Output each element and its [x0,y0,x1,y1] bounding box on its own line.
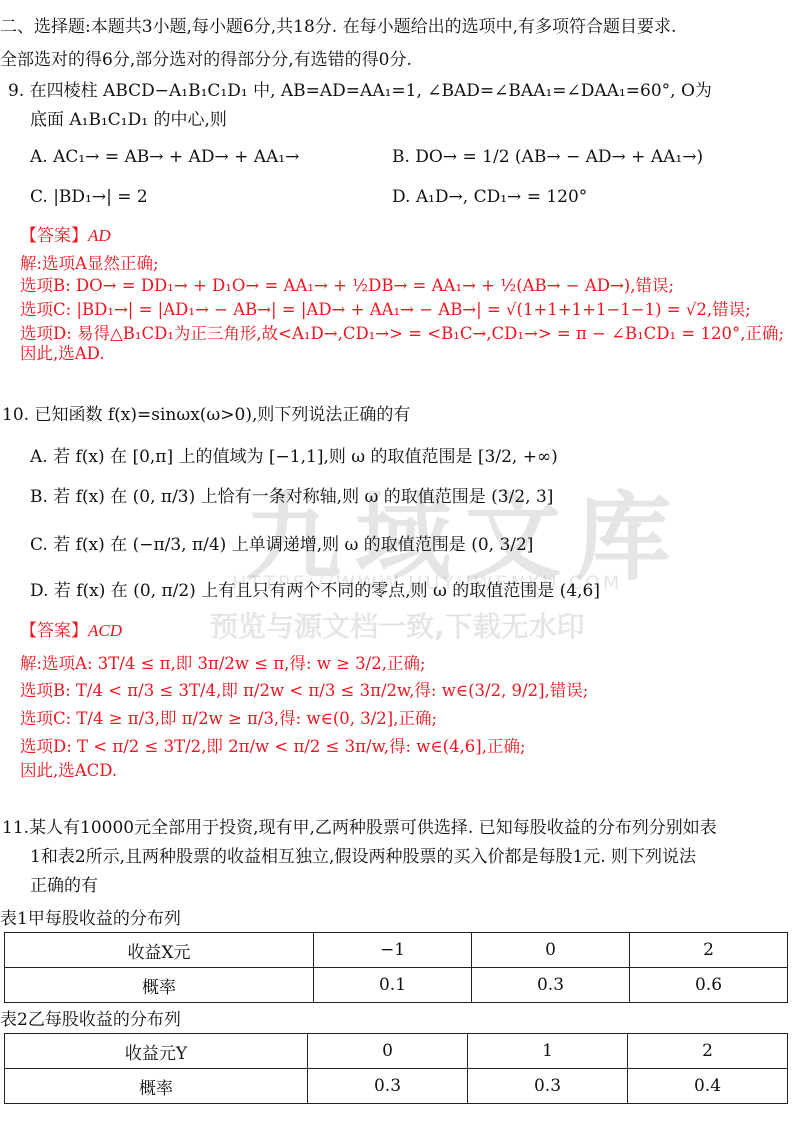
table2-caption: 表2乙每股收益的分布列 [0,1005,181,1030]
q9-solution-line4: 选项D: 易得△B₁CD₁为正三角形,故<A₁D→,CD₁→> = <B₁C→,… [20,324,784,343]
q11-number: 11. [2,818,29,838]
q10-solution-line5: 因此,选ACD. [20,761,117,780]
q9-answer: 【答案】AD [20,226,111,246]
table2-cell: 0.3 [468,1069,628,1104]
q11-stem-line3: 正确的有 [30,875,98,897]
q9-stem-text: 在四棱柱 ABCD−A₁B₁C₁D₁ 中, AB=AD=AA₁=1, ∠BAD=… [30,81,712,101]
q11-stem-text: 某人有10000元全部用于投资,现有甲,乙两种股票可供选择. 已知每股收益的分布… [29,818,717,838]
table2-cell: 2 [628,1034,788,1069]
table1-cell: 概率 [5,968,314,1003]
q10-number: 10. [2,405,29,425]
q10-option-b: B. 若 f(x) 在 (0, π/3) 上恰有一条对称轴,则 ω 的取值范围是… [30,486,553,508]
q10-solution-line3: 选项C: T/4 ≥ π/3,即 π/2w ≥ π/3,得: w∈(0, 3/2… [20,709,437,728]
table1-header-row: 收益X元 −1 0 2 [5,933,788,968]
table1-cell: 0.6 [630,968,788,1003]
table2-header-row: 收益元Y 0 1 2 [5,1034,788,1069]
q11-stem-line1: 11.某人有10000元全部用于投资,现有甲,乙两种股票可供选择. 已知每股收益… [2,817,717,839]
q9-number: 9. [8,81,24,101]
q9-solution-line1: 解:选项A显然正确; [20,254,159,273]
watermark-notice: 预览与源文档一致,下载无水印 [210,605,585,645]
table2-cell: 0.3 [308,1069,468,1104]
q10-answer: 【答案】ACD [20,621,122,641]
table1-cell: 收益X元 [5,933,314,968]
q11-stem-line2: 1和表2所示,且两种股票的收益相互独立,假设两种股票的买入价都是每股1元. 则下… [30,846,696,868]
q9-option-b: B. DO→ = 1/2 (AB→ − AD→ + AA₁→) [392,146,703,168]
table2-prob-row: 概率 0.3 0.3 0.4 [5,1069,788,1104]
table2-cell: 1 [468,1034,628,1069]
table1-cell: −1 [314,933,472,968]
q9-stem-line2: 底面 A₁B₁C₁D₁ 的中心,则 [30,109,227,131]
q10-answer-label: 【答案】 [20,621,88,641]
section-title-line2: 全部选对的得6分,部分选对的得部分分,有选错的得0分. [0,49,412,71]
q9-option-a: A. AC₁→ = AB→ + AD→ + AA₁→ [30,146,299,168]
table1-distribution: 收益X元 −1 0 2 概率 0.1 0.3 0.6 [4,932,788,1003]
section-title-line1: 二、选择题:本题共3小题,每小题6分,共18分. 在每小题给出的选项中,有多项符… [0,16,676,38]
q9-option-c: C. |BD₁→| = 2 [30,186,148,208]
table2-distribution: 收益元Y 0 1 2 概率 0.3 0.3 0.4 [4,1033,788,1104]
q10-stem: 10. 已知函数 f(x)=sinωx(ω>0),则下列说法正确的有 [2,404,410,426]
q10-option-d: D. 若 f(x) 在 (0, π/2) 上有且只有两个不同的零点,则 ω 的取… [30,580,600,602]
table1-cell: 0.3 [472,968,630,1003]
q9-solution-line2: 选项B: DO→ = DD₁→ + D₁O→ = AA₁→ + ½DB→ = A… [20,276,674,295]
q9-solution-line3: 选项C: |BD₁→| = |AD₁→ − AB→| = |AD→ + AA₁→… [20,300,751,319]
q9-answer-label: 【答案】 [20,226,88,246]
q10-solution-line4: 选项D: T < π/2 ≤ 3T/2,即 2π/w < π/2 ≤ 3π/w,… [20,737,526,756]
table1-caption: 表1甲每股收益的分布列 [0,904,181,929]
table1-prob-row: 概率 0.1 0.3 0.6 [5,968,788,1003]
q9-option-d: D. A₁D→, CD₁→ = 120° [392,186,587,208]
table1-cell: 0.1 [314,968,472,1003]
q9-stem-line1: 9. 在四棱柱 ABCD−A₁B₁C₁D₁ 中, AB=AD=AA₁=1, ∠B… [8,80,712,102]
table1-cell: 0 [472,933,630,968]
table1-cell: 2 [630,933,788,968]
q10-option-c: C. 若 f(x) 在 (−π/3, π/4) 上单调递增,则 ω 的取值范围是… [30,534,533,556]
q10-stem-text: 已知函数 f(x)=sinωx(ω>0),则下列说法正确的有 [34,405,410,425]
q9-answer-value: AD [88,226,111,245]
table2-cell: 收益元Y [5,1034,308,1069]
q10-solution-line1: 解:选项A: 3T/4 ≤ π,即 3π/2w ≤ π,得: w ≥ 3/2,正… [20,654,426,673]
table2-cell: 0.4 [628,1069,788,1104]
q10-answer-value: ACD [88,621,122,640]
q10-solution-line2: 选项B: T/4 < π/3 ≤ 3T/4,即 π/2w < π/3 ≤ 3π/… [20,681,588,700]
q10-option-a: A. 若 f(x) 在 [0,π] 上的值域为 [−1,1],则 ω 的取值范围… [30,446,558,468]
q9-solution-line5: 因此,选AD. [20,344,105,363]
watermark-brand: 九域文库 [245,462,685,599]
table2-cell: 0 [308,1034,468,1069]
table2-cell: 概率 [5,1069,308,1104]
